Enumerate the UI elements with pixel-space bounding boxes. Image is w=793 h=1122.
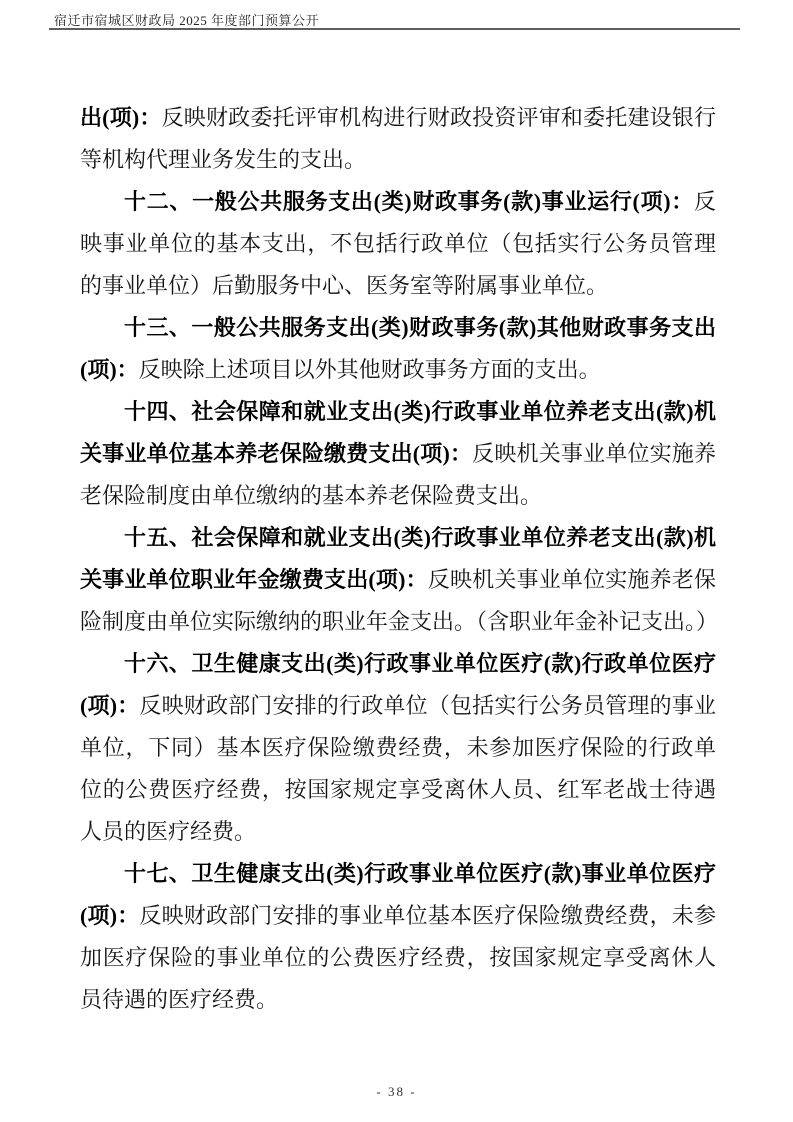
paragraph-item-14: 十四、社会保障和就业支出(类)行政事业单位养老支出(款)机关事业单位基本养老保险… [80, 391, 716, 517]
header-rule [49, 28, 740, 30]
paragraph-continuation-item-11: 出(项)：反映财政委托评审机构进行财政投资评审和委托建设银行等机构代理业务发生的… [80, 97, 716, 181]
paragraph-item-16: 十六、卫生健康支出(类)行政事业单位医疗(款)行政单位医疗(项)：反映财政部门安… [80, 643, 716, 853]
document-page: 宿迁市宿城区财政局 2025 年度部门预算公开 出(项)：反映财政委托评审机构进… [0, 0, 793, 1122]
paragraph-text: 反映财政委托评审机构进行财政投资评审和委托建设银行等机构代理业务发生的支出。 [80, 105, 716, 172]
paragraph-text: 反映除上述项目以外其他财政事务方面的支出。 [139, 357, 601, 382]
paragraph-item-12: 十二、一般公共服务支出(类)财政事务(款)事业运行(项)：反映事业单位的基本支出… [80, 181, 716, 307]
paragraph-item-15: 十五、社会保障和就业支出(类)行政事业单位养老支出(款)机关事业单位职业年金缴费… [80, 517, 716, 643]
paragraph-lead: 出(项)： [80, 105, 162, 130]
paragraph-text: 反映财政部门安排的行政单位（包括实行公务员管理的事业单位，下同）基本医疗保险缴费… [80, 693, 716, 844]
page-footer: - 38 - [0, 1084, 793, 1100]
header-title: 宿迁市宿城区财政局 2025 年度部门预算公开 [54, 10, 319, 29]
paragraph-item-13: 十三、一般公共服务支出(类)财政事务(款)其他财政事务支出(项)：反映除上述项目… [80, 307, 716, 391]
paragraph-text: 反映财政部门安排的事业单位基本医疗保险缴费经费，未参加医疗保险的事业单位的公费医… [80, 903, 716, 1012]
paragraph-item-17: 十七、卫生健康支出(类)行政事业单位医疗(款)事业单位医疗(项)：反映财政部门安… [80, 853, 716, 1021]
paragraph-lead: 十二、一般公共服务支出(类)财政事务(款)事业运行(项)： [124, 189, 694, 214]
page-number: - 38 - [376, 1084, 416, 1099]
document-body: 出(项)：反映财政委托评审机构进行财政投资评审和委托建设银行等机构代理业务发生的… [80, 97, 716, 1021]
